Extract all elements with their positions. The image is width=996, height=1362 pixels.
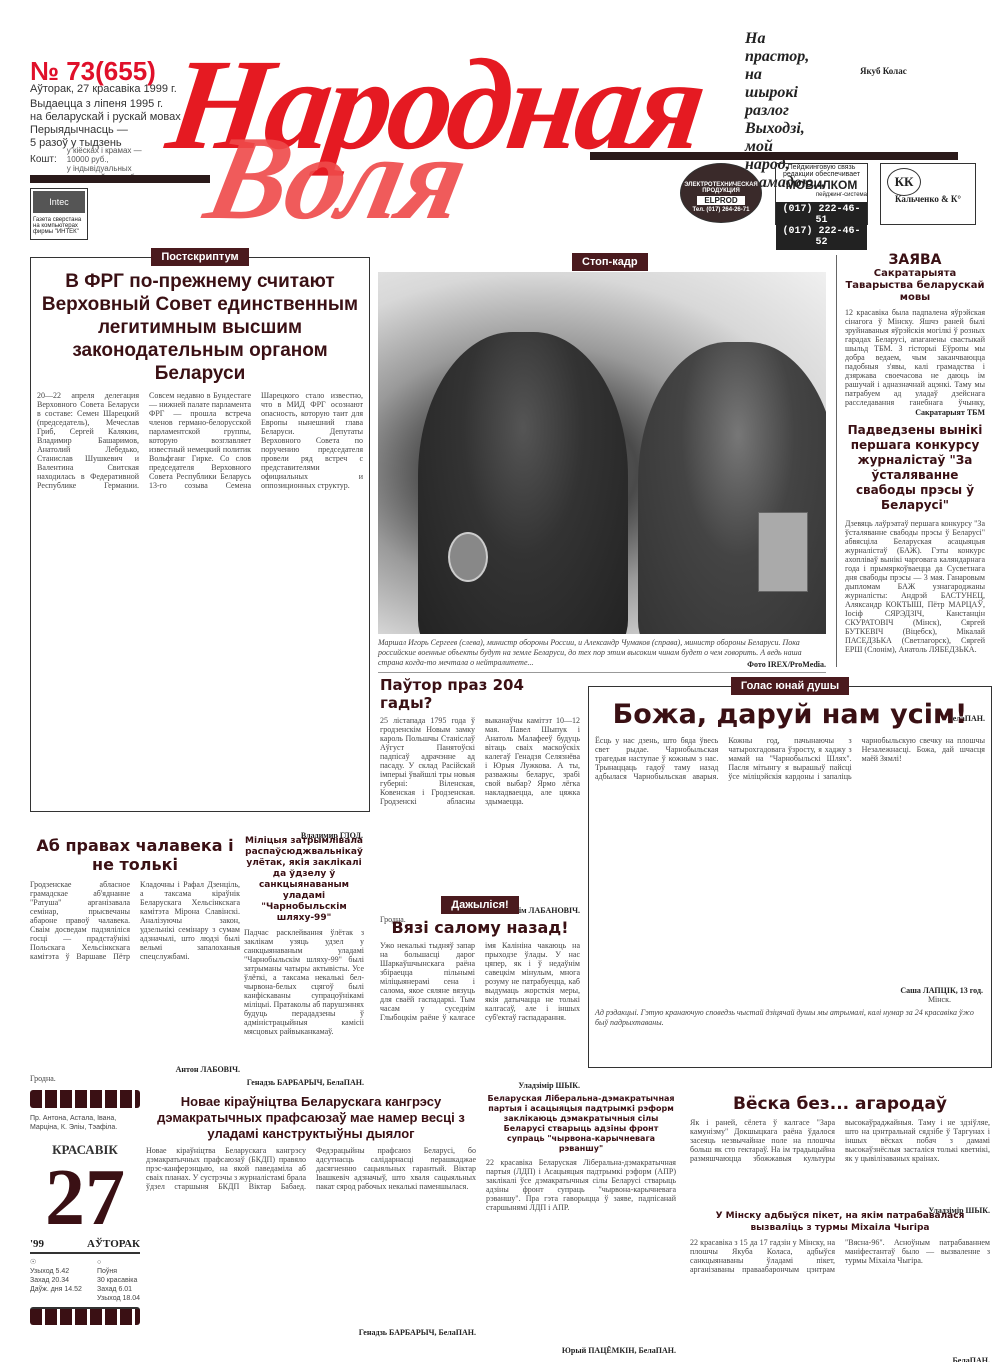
byline: Сакратарыят ТБМ <box>845 408 985 417</box>
byline: БелаПАН. <box>690 1356 990 1362</box>
place: Мінск. <box>589 995 951 1004</box>
headline: В ФРГ по-прежнему считают Верховный Сове… <box>39 270 361 385</box>
headline: Беларуская Ліберальна-дэмакратычная парт… <box>486 1094 676 1154</box>
published-since: Выдаецца з ліпеня 1995 г. на беларускай … <box>30 98 181 124</box>
editor-note: Ад рэдакцыі. Гэтую кранаючую споведзь чы… <box>595 1008 985 1028</box>
kk-logo-icon: КК <box>887 168 921 196</box>
divider-bar <box>590 152 958 160</box>
ad-elprod[interactable]: ЭЛЕКТРОТЕХНИЧЕСКАЯ ПРОДУКЦИЯ ELPROD Тел.… <box>680 163 762 223</box>
calendar-year: '99 <box>30 1238 44 1250</box>
headline: Вязі салому назад! <box>380 918 580 937</box>
article-lived: Дажыліся! Вязі салому назад! Ужо некальк… <box>380 895 580 1090</box>
ornament-divider <box>30 1307 140 1325</box>
article-body: Ёсць у нас дзень, што бяда ўвесь свет ры… <box>595 736 985 986</box>
byline: Генадзь БАРБАРЫЧ, БелаПАН. <box>244 1078 364 1087</box>
newspaper-title: Народная Воля <box>170 40 730 230</box>
belarus-patch-icon <box>758 512 808 592</box>
headline: Міліцыя затрымлівала распаўсюджвальнікаў… <box>244 836 364 924</box>
byline: Саша ЛАПЦІК, 13 год. <box>589 986 983 995</box>
article-unions: Новае кіраўніцтва Беларускага кангрэсу д… <box>146 1094 476 1337</box>
calendar-weekday: АЎТОРАК <box>87 1238 140 1250</box>
calendar-block: Пр. Антона, Астала, Івана, Марціна, К. Э… <box>30 1090 140 1325</box>
article-repeat: Паўтор праз 204 гады? 25 лістапада 1795 … <box>380 676 580 924</box>
saints-day: Пр. Антона, Астала, Івана, Марціна, К. Э… <box>30 1114 140 1132</box>
rubric-label: Дажыліся! <box>441 896 518 914</box>
moon-icon: ○ <box>97 1258 140 1267</box>
byline: Уладзімір ШЫК. <box>380 1081 580 1090</box>
article-body: Ужо некалькі тыдняў запар на большасці д… <box>380 941 580 1081</box>
headline: Паўтор праз 204 гады? <box>380 676 580 712</box>
article-village: Вёска без... агародаў Як і раней, сёлета… <box>690 1094 990 1215</box>
article-body: 12 красавіка была падпалена яўрэйская сі… <box>845 308 985 408</box>
photo-ministers <box>378 272 826 634</box>
article-body: 22 красавіка Беларуская Ліберальна-дэмак… <box>486 1158 676 1346</box>
photo-credit: Фото IREX/ProMedia. <box>378 660 826 669</box>
article-militia: Міліцыя затрымлівала распаўсюджвальнікаў… <box>244 836 364 1087</box>
headline: Божа, даруй нам усім! <box>589 699 991 730</box>
motto-author: Якуб Колас <box>860 66 907 76</box>
byline: Юрый ПАЦЁМКІН, БелаПАН. <box>486 1346 676 1355</box>
column-divider <box>836 255 837 667</box>
article-postscript: Постскриптум В ФРГ по-прежнему считают В… <box>30 257 370 812</box>
sponsor-logo-box: Intec Computer Газета сверстана на компь… <box>30 188 88 240</box>
article-liberal: Беларуская Ліберальна-дэмакратычная парт… <box>486 1094 676 1355</box>
headline: Вёска без... агародаў <box>690 1094 990 1114</box>
article-body: 22 красавіка з 15 да 17 гадзін у Мінску,… <box>690 1238 990 1356</box>
article-body: Новае кіраўніцтва Беларускага кангрэсу д… <box>146 1146 476 1328</box>
calendar-day: 27 <box>30 1158 140 1238</box>
ad-kalchenko[interactable]: КК Кальченко & К° <box>880 163 976 225</box>
issue-date: Аўторак, 27 красавіка 1999 г. <box>30 83 177 96</box>
headline: Аб правах чалавека і не толькі <box>30 836 240 874</box>
rubric-stop-kadr: Стоп-кадр <box>572 252 648 271</box>
headline: ЗАЯВА <box>845 252 985 268</box>
article-zayava: ЗАЯВА Сакратарыята Таварыства беларускай… <box>845 252 985 723</box>
sun-info: ☉ Узыход 5.42 Захад 20.34 Даўж. дня 14.5… <box>30 1258 82 1303</box>
photo-figure-left <box>418 332 628 634</box>
byline: Антон ЛАБОВІЧ. <box>30 1065 240 1074</box>
rubric-label: Голас юнай душы <box>731 677 849 695</box>
byline: Генадзь БАРБАРЫЧ, БелаПАН. <box>146 1328 476 1337</box>
place: Гродна. <box>30 1074 240 1083</box>
moon-info: ○ Поўня 30 красавіка Захад 6.01 Узыход 1… <box>97 1258 140 1303</box>
emblem-icon <box>448 532 488 582</box>
ad-mobilkom[interactable]: Пейджинговую связь редакции обеспечивает… <box>775 163 868 225</box>
divider <box>378 672 826 673</box>
headline: Падведзены вынікі першага конкурсу журна… <box>845 423 985 513</box>
article-body: Падчас расклейвання ўлётак з заклікам уз… <box>244 928 364 1078</box>
intec-logo-icon: Intec Computer <box>33 191 85 213</box>
article-voice: Голас юнай душы Божа, даруй нам усім! Ёс… <box>588 686 992 1068</box>
article-picket: У Мінску адбыўся пікет, на якім патрабав… <box>690 1210 990 1362</box>
rubric-label: Постскриптум <box>151 248 248 266</box>
article-body: Гродзенскае абласное грамадскае аб'яднан… <box>30 880 240 1065</box>
article-body: 25 лістапада 1795 года ў гродзенскім Нов… <box>380 716 580 906</box>
sun-icon: ☉ <box>30 1258 82 1267</box>
ornament-divider <box>30 1090 140 1108</box>
headline: Новае кіраўніцтва Беларускага кангрэсу д… <box>146 1094 476 1142</box>
title-line-2: Воля <box>197 118 475 238</box>
subheadline: Сакратарыята Таварыства беларускай мовы <box>845 268 985 304</box>
article-body: Як і раней, сёлета ў калгасе "Зара камун… <box>690 1118 990 1206</box>
article-body: 20—22 апреля делегация Верховного Совета… <box>37 391 363 831</box>
headline: У Мінску адбыўся пікет, на якім патрабав… <box>690 1210 990 1234</box>
article-rights: Аб правах чалавека і не толькі Гродзенск… <box>30 836 240 1083</box>
